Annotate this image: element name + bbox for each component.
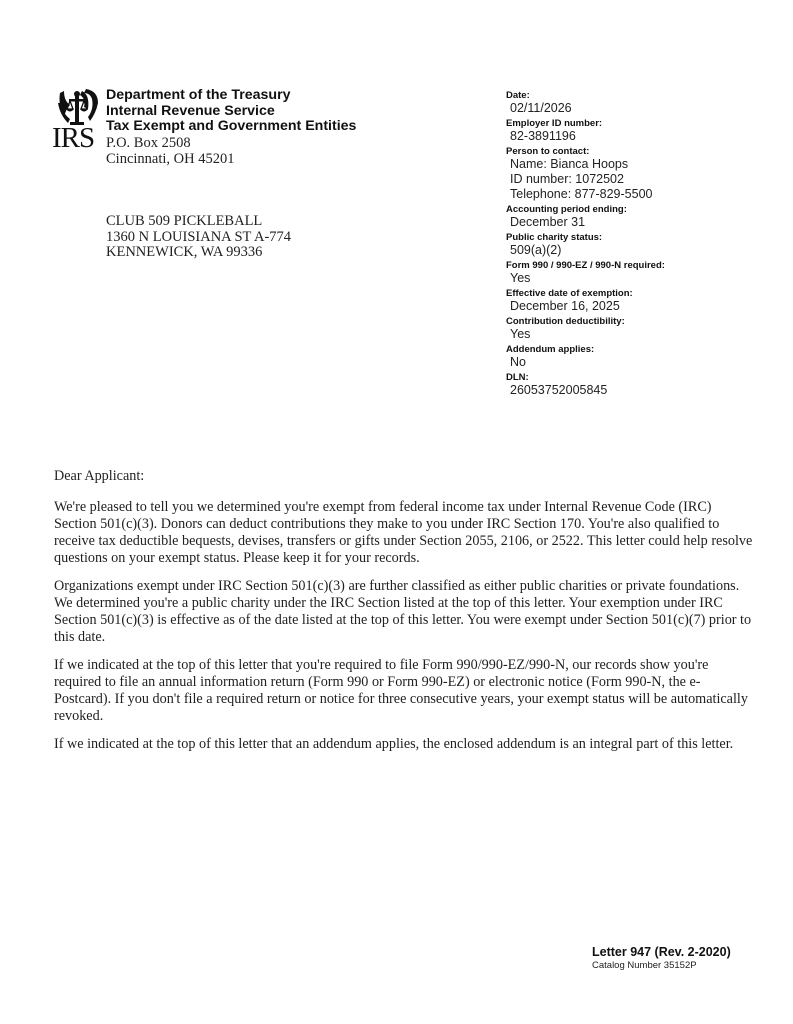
body-paragraph: If we indicated at the top of this lette… [54, 657, 754, 725]
recipient-line: CLUB 509 PICKLEBALL [106, 214, 291, 230]
form-value: Yes [506, 271, 776, 286]
irs-logo: IRS [52, 87, 102, 167]
contact-label: Person to contact: [506, 146, 776, 157]
recipient-address: CLUB 509 PICKLEBALL 1360 N LOUISIANA ST … [106, 214, 291, 261]
deductibility-label: Contribution deductibility: [506, 316, 776, 327]
contact-name: Name: Bianca Hoops [506, 157, 776, 172]
letter-info-panel: Date: 02/11/2026 Employer ID number: 82-… [506, 90, 776, 400]
catalog-number: Catalog Number 35152P [592, 960, 731, 971]
agency-address-line: Cincinnati, OH 45201 [106, 151, 234, 167]
ein-value: 82-3891196 [506, 129, 776, 144]
agency-address: P.O. Box 2508 Cincinnati, OH 45201 [106, 135, 234, 167]
salutation: Dear Applicant: [54, 468, 754, 485]
body-paragraph: We're pleased to tell you we determined … [54, 499, 754, 567]
info-accounting: Accounting period ending: December 31 [506, 204, 776, 230]
form-number: Letter 947 (Rev. 2-2020) [592, 945, 731, 959]
effective-value: December 16, 2025 [506, 299, 776, 314]
date-value: 02/11/2026 [506, 101, 776, 116]
charity-label: Public charity status: [506, 232, 776, 243]
form-footer: Letter 947 (Rev. 2-2020) Catalog Number … [592, 945, 731, 971]
addendum-label: Addendum applies: [506, 344, 776, 355]
info-dln: DLN: 26053752005845 [506, 372, 776, 398]
ein-label: Employer ID number: [506, 118, 776, 129]
agency-name: Department of the Treasury Internal Reve… [106, 88, 356, 135]
agency-line: Internal Revenue Service [106, 104, 356, 120]
charity-value: 509(a)(2) [506, 243, 776, 258]
form-label: Form 990 / 990-EZ / 990-N required: [506, 260, 776, 271]
agency-line: Department of the Treasury [106, 88, 356, 104]
body-paragraph: Organizations exempt under IRC Section 5… [54, 578, 754, 646]
dln-value: 26053752005845 [506, 383, 776, 398]
contact-phone: Telephone: 877-829-5500 [506, 187, 776, 202]
recipient-line: KENNEWICK, WA 99336 [106, 245, 291, 261]
info-effective-date: Effective date of exemption: December 16… [506, 288, 776, 314]
info-contact: Person to contact: Name: Bianca Hoops ID… [506, 146, 776, 202]
date-label: Date: [506, 90, 776, 101]
contact-id: ID number: 1072502 [506, 172, 776, 187]
irs-determination-letter: IRS Department of the Treasury Internal … [0, 0, 793, 1024]
info-date: Date: 02/11/2026 [506, 90, 776, 116]
agency-line: Tax Exempt and Government Entities [106, 119, 356, 135]
info-addendum: Addendum applies: No [506, 344, 776, 370]
info-charity-status: Public charity status: 509(a)(2) [506, 232, 776, 258]
info-ein: Employer ID number: 82-3891196 [506, 118, 776, 144]
accounting-label: Accounting period ending: [506, 204, 776, 215]
info-form-required: Form 990 / 990-EZ / 990-N required: Yes [506, 260, 776, 286]
effective-label: Effective date of exemption: [506, 288, 776, 299]
info-deductibility: Contribution deductibility: Yes [506, 316, 776, 342]
body-paragraph: If we indicated at the top of this lette… [54, 736, 754, 753]
accounting-value: December 31 [506, 215, 776, 230]
letter-body: Dear Applicant: We're pleased to tell yo… [54, 468, 754, 764]
irs-wordmark: IRS [52, 123, 94, 153]
dln-label: DLN: [506, 372, 776, 383]
addendum-value: No [506, 355, 776, 370]
agency-address-line: P.O. Box 2508 [106, 135, 234, 151]
recipient-line: 1360 N LOUISIANA ST A-774 [106, 230, 291, 246]
deductibility-value: Yes [506, 327, 776, 342]
